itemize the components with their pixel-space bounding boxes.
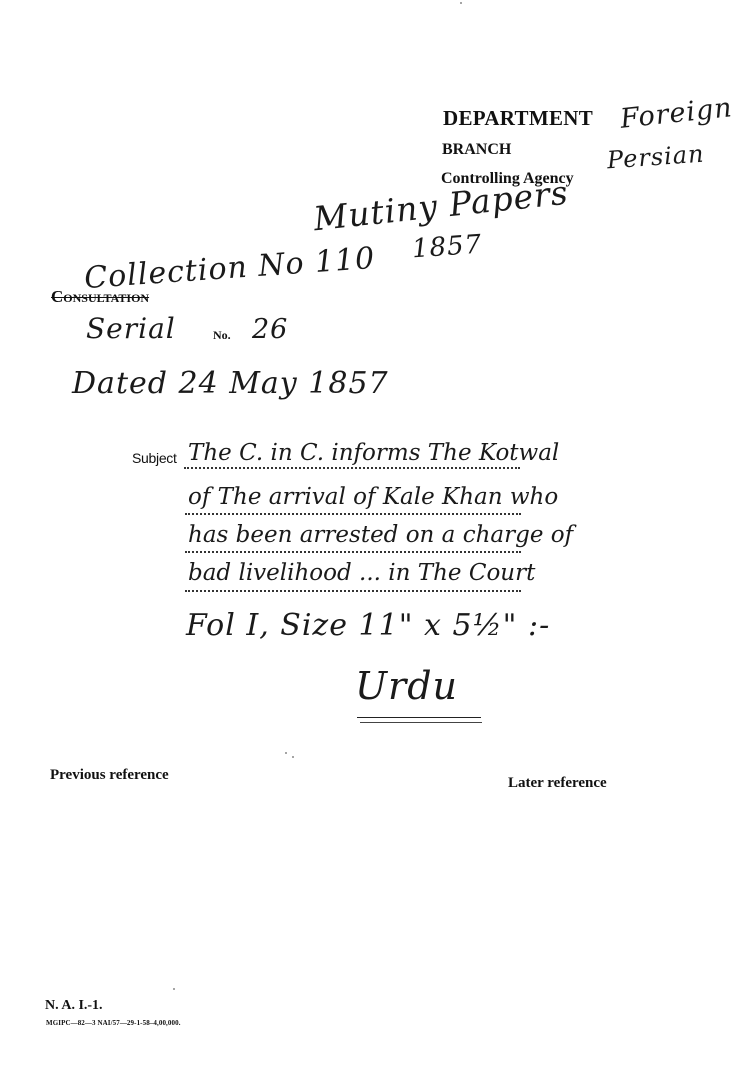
scan-speck [292, 756, 294, 758]
number-label: No. [213, 328, 231, 343]
serial-handwritten: Serial [86, 312, 176, 345]
later-reference-label: Later reference [508, 775, 607, 792]
scan-speck [173, 988, 175, 990]
print-code: MGIPC—82—3 NAI/57—29-1-58–4,00,000. [46, 1019, 181, 1027]
subject-line: The C. in C. informs The Kotwal [188, 440, 559, 466]
consultation-label: Consultation [51, 287, 149, 307]
dated-handwritten: Dated 24 May 1857 [72, 366, 389, 401]
serial-number-handwritten: 26 [252, 314, 288, 345]
subject-dotted-line [185, 513, 521, 515]
subject-line: bad livelihood ... in The Court [188, 560, 535, 586]
subject-dotted-line [184, 467, 520, 469]
agency-year-handwritten: 1857 [411, 230, 483, 265]
department-label: DEPARTMENT [443, 106, 593, 131]
branch-value-handwritten: Persian [606, 140, 705, 175]
subject-line: has been arrested on a charge of [188, 522, 573, 548]
subject-line: of The arrival of Kale Khan who [188, 484, 558, 510]
scan-speck [285, 752, 287, 754]
department-value-handwritten: Foreign [619, 92, 731, 135]
form-code: N. A. I.-1. [45, 998, 103, 1014]
subject-dotted-line [185, 551, 521, 553]
language-underline-double [360, 722, 482, 723]
language-handwritten: Urdu [355, 664, 458, 708]
folio-size-handwritten: Fol I, Size 11" x 5½" :- [186, 608, 550, 643]
scan-speck [460, 2, 462, 4]
branch-label: BRANCH [442, 141, 511, 159]
previous-reference-label: Previous reference [50, 767, 169, 784]
subject-label: Subject [132, 450, 177, 466]
subject-dotted-line [185, 590, 521, 592]
language-underline [357, 717, 481, 718]
